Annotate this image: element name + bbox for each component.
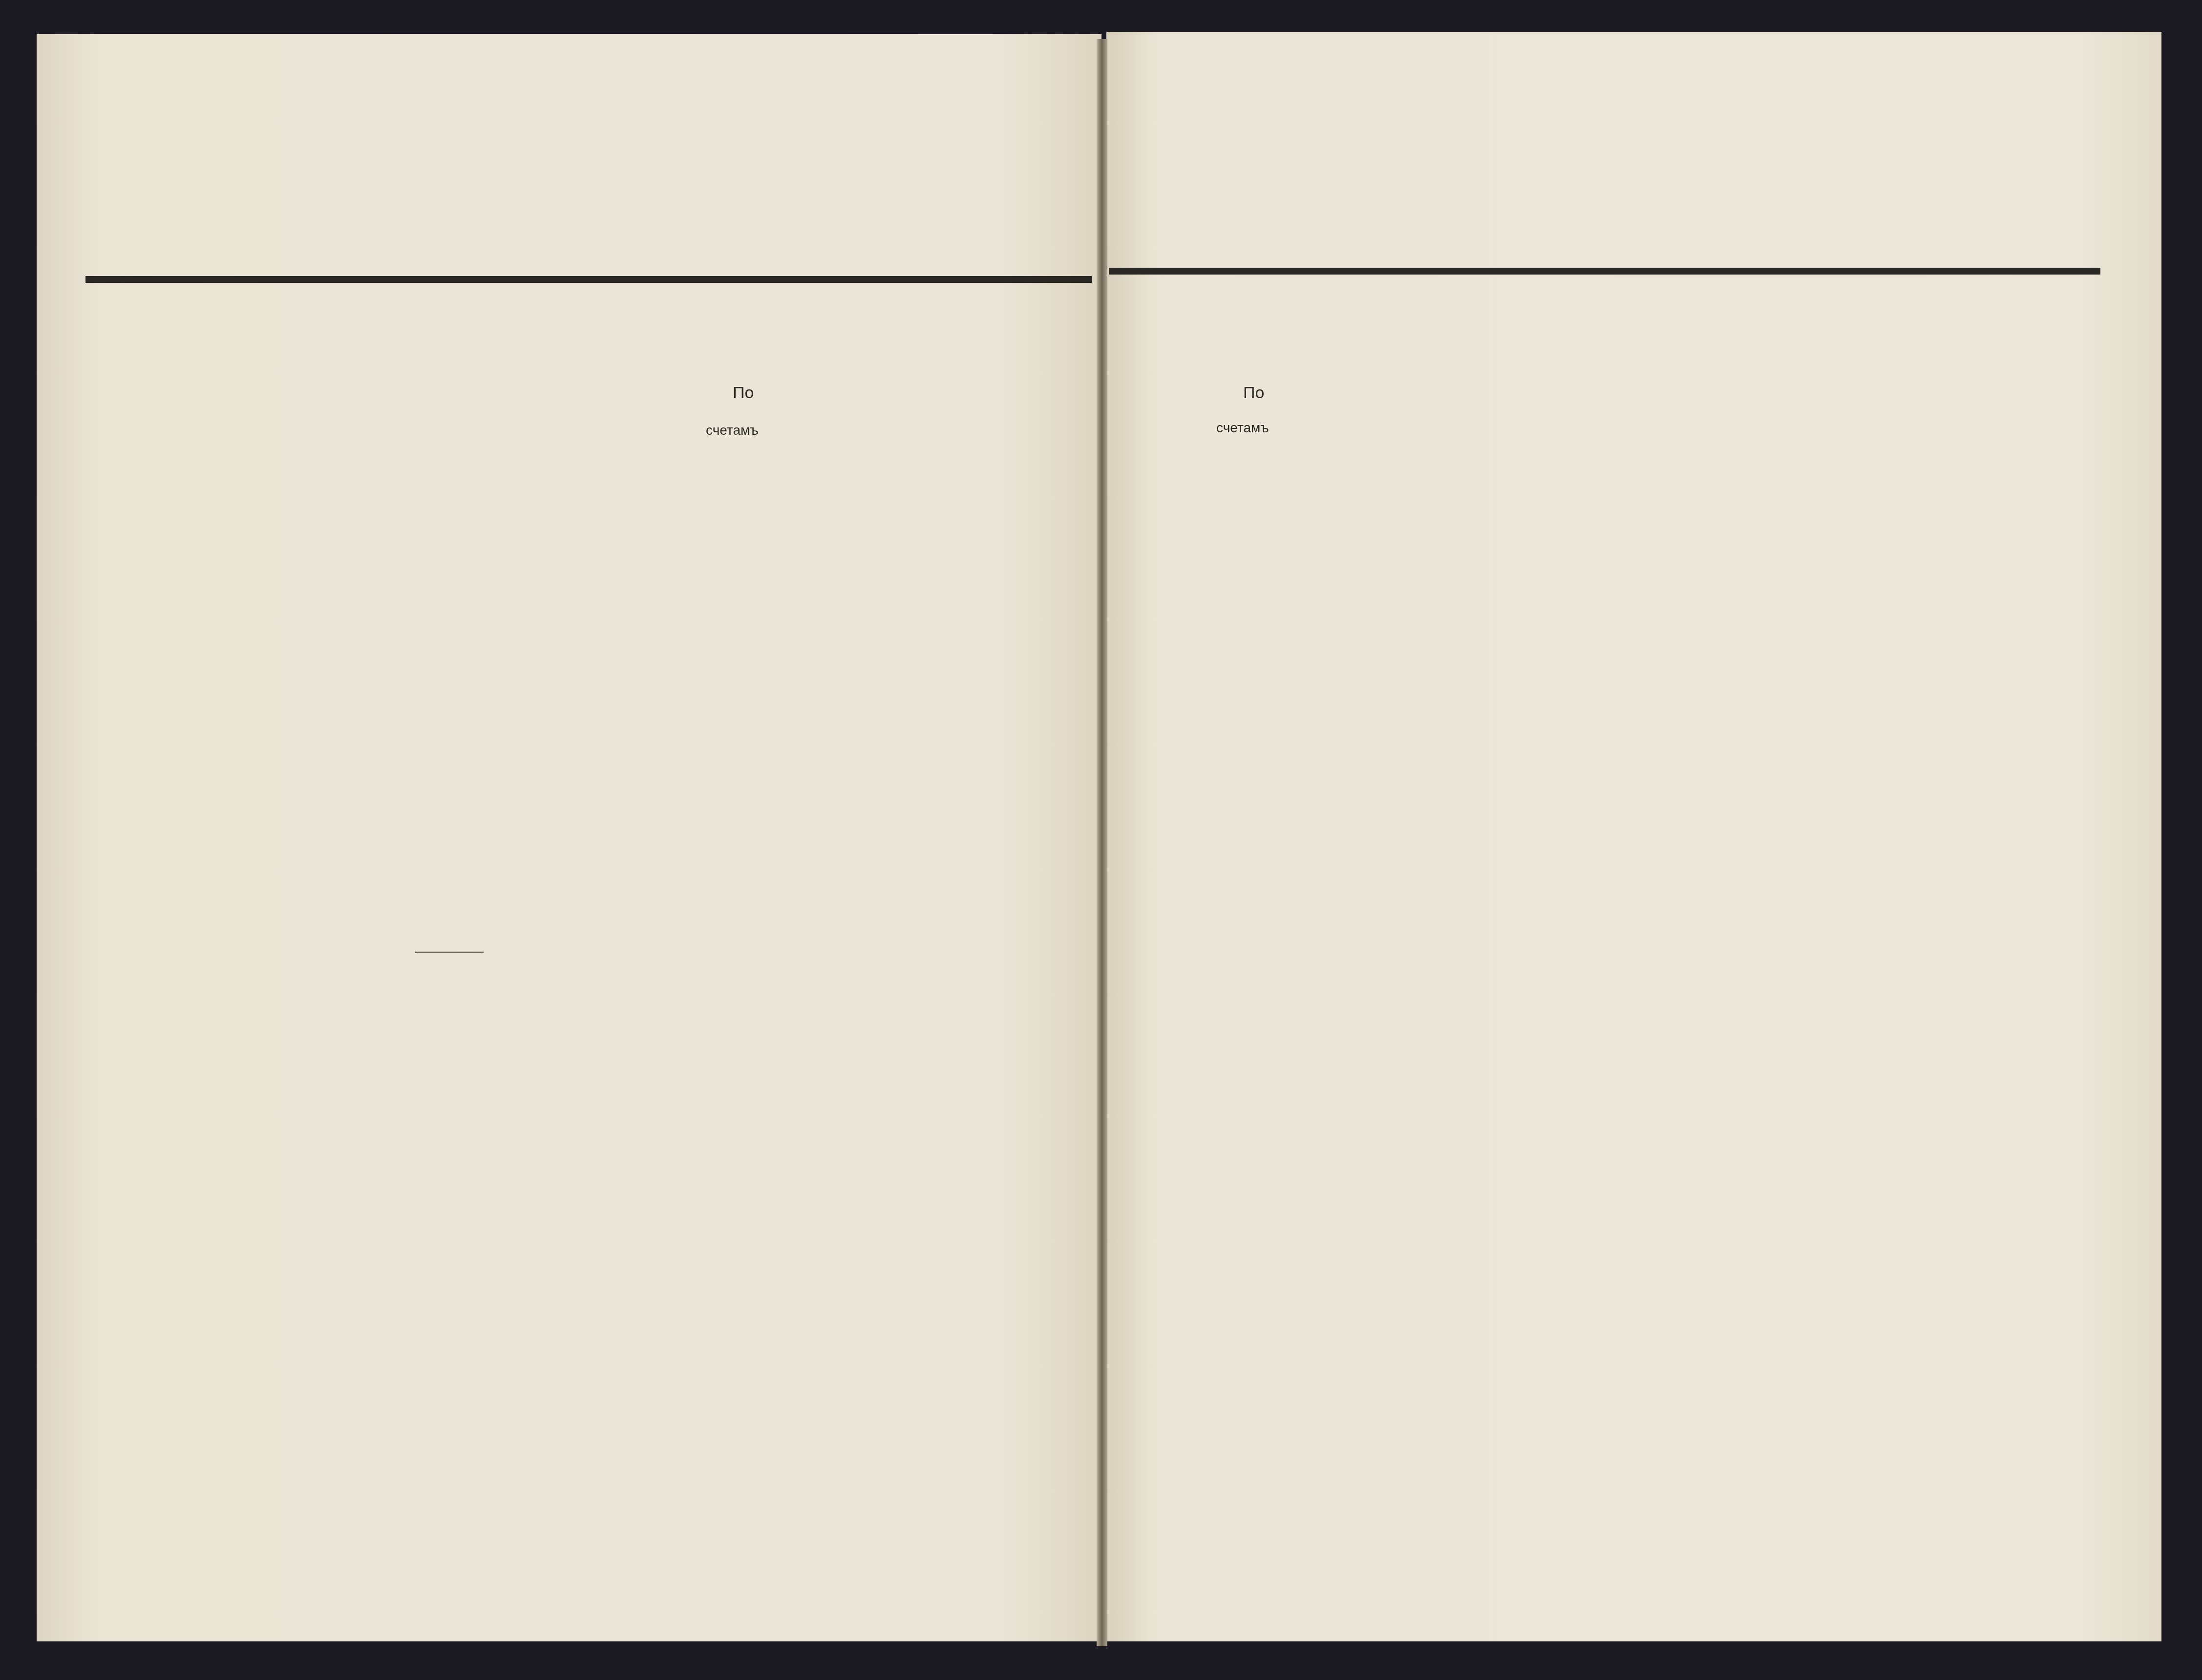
header-paid-by-accounts-2: счетамъ bbox=[706, 423, 759, 438]
header-topay-by-accounts-2: счетамъ bbox=[1216, 420, 1269, 436]
header-topay-by-accounts-1: По bbox=[1243, 383, 1264, 403]
left-page bbox=[37, 34, 1101, 1641]
book-spine bbox=[1097, 39, 1107, 1646]
top-rule-right bbox=[1109, 268, 2100, 275]
top-rule-left bbox=[85, 276, 1092, 283]
header-paid-by-accounts-1: По bbox=[733, 383, 754, 403]
pension-sum-rule bbox=[415, 952, 484, 953]
